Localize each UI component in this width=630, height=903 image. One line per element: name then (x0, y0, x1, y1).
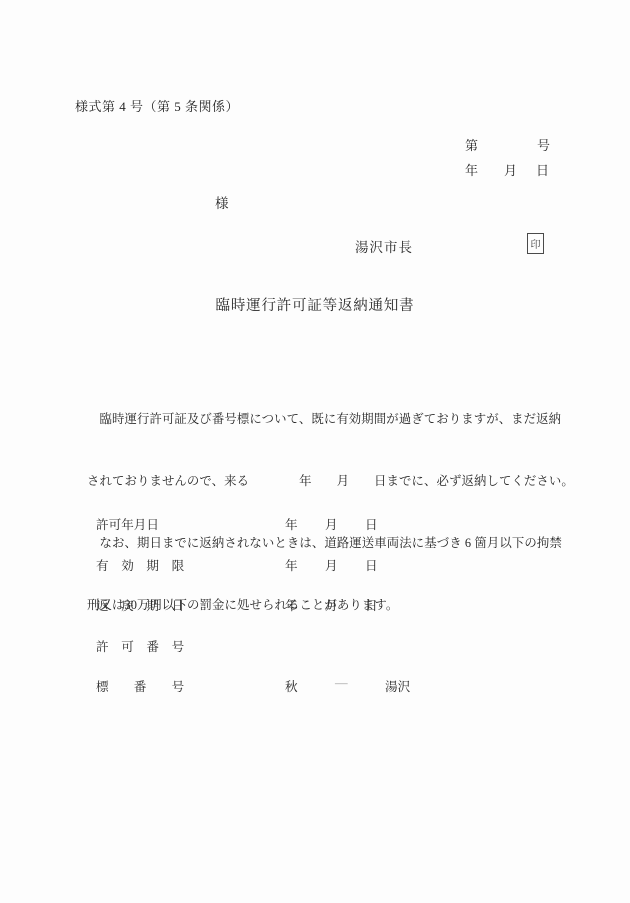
field-month-label: 月 (325, 595, 338, 614)
date-day-label: 日 (536, 160, 549, 179)
field-label: 返 戻 期 日 (96, 595, 184, 614)
field-row-return-due-date: 返 戻 期 日 年 月 日 (0, 595, 630, 612)
addressee-honorific: 様 (215, 192, 229, 212)
date-year-label: 年 (465, 160, 478, 179)
field-label: 標 番 号 (96, 676, 184, 695)
form-number: 様式第 4 号（第 5 条関係） (75, 96, 239, 115)
field-row-expiry-date: 有 効 期 限 年 月 日 (0, 555, 630, 572)
field-day-label: 日 (365, 595, 378, 614)
page-title: 臨時運行許可証等返納通知書 (0, 294, 630, 315)
field-label: 許 可 番 号 (96, 636, 184, 655)
field-day-label: 日 (365, 555, 378, 574)
field-month-label: 月 (325, 555, 338, 574)
body-line: なお、期日までに返納されないときは、道路運送車両法に基づき 6 箇月以下の拘禁 (87, 533, 567, 554)
document-page: 様式第 4 号（第 5 条関係） 第 号 年 月 日 様 湯沢市長 印 臨時運行… (0, 0, 630, 903)
field-day-label: 日 (365, 514, 378, 533)
field-row-permit-number: 許 可 番 号 (0, 636, 630, 653)
field-year-label: 年 (285, 595, 298, 614)
plate-dash: ― (335, 676, 348, 691)
field-row-plate-number: 標 番 号 秋 ― 湯沢 (0, 676, 630, 693)
doc-number-prefix: 第 (465, 135, 478, 154)
body-line: されておりませんので、来る 年 月 日までに、必ず返納してください。 (87, 471, 567, 492)
field-year-label: 年 (285, 514, 298, 533)
field-row-permit-date: 許可年月日 年 月 日 (0, 514, 630, 531)
seal-stamp-icon: 印 (527, 233, 544, 254)
sender-name: 湯沢市長 (355, 236, 413, 256)
field-month-label: 月 (325, 514, 338, 533)
field-year-label: 年 (285, 555, 298, 574)
plate-suffix: 湯沢 (385, 676, 410, 695)
field-label: 有 効 期 限 (96, 555, 184, 574)
date-month-label: 月 (504, 160, 517, 179)
doc-number-suffix: 号 (537, 135, 550, 154)
plate-prefix: 秋 (285, 676, 298, 695)
body-line: 臨時運行許可証及び番号標について、既に有効期間が過ぎておりますが、まだ返納 (87, 409, 567, 430)
field-label: 許可年月日 (96, 514, 159, 533)
